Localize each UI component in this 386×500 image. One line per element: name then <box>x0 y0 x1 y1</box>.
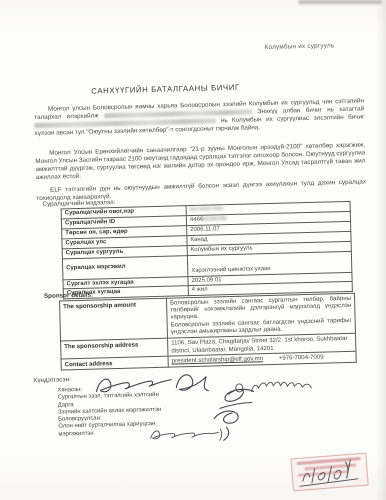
sponsor-table-caption: Sponsor details: <box>44 292 94 300</box>
stamp-text-line <box>304 463 356 470</box>
letterhead-org-name: Колумбын их сургууль <box>234 41 364 51</box>
contact-email: president.scholarship@elf.gov.mn <box>172 355 264 364</box>
scanned-document: Колумбын их сургууль САНХҮҮГИЙН БАТАЛГАА… <box>0 0 386 500</box>
paragraph-intro: Монгол улсын Боловсролын яамны харьяа Бо… <box>34 97 365 138</box>
stamp-text-line <box>298 470 349 477</box>
document-sheet: Колумбын их сургууль САНХҮҮГИЙН БАТАЛГАА… <box>0 0 386 500</box>
row-value: Боловсролын зээлийн сангаас сургалтын тө… <box>166 293 355 338</box>
sponsor-details-table: The sponsorship amount Боловсролын зээли… <box>59 293 357 370</box>
signature-block-titles: Хянасан: Сургалтын зээл, тэтгэлгийн хэлт… <box>57 384 208 439</box>
closing-respectfully: Хүндэтгэсэн: <box>33 376 71 384</box>
row-label: The sponsorship amount <box>60 298 168 341</box>
red-ink-stamp <box>290 453 368 492</box>
redacted-text <box>203 216 227 221</box>
contact-phone: +976-7004-7009 <box>279 354 324 362</box>
row-label: Contact address <box>61 356 168 370</box>
redacted-text <box>190 207 224 212</box>
signature-director-icon <box>213 389 254 440</box>
student-info-table: Суралцагчийн овог,нэр Суралцагчийн ID 44… <box>61 201 353 300</box>
handwritten-name-icon <box>236 381 312 392</box>
paragraph-program: Монгол Улсын Ерөнхийлөгчийн санаачилгаар… <box>35 141 366 182</box>
document-title: САНХҮҮГИЙН БАТАЛГААНЫ БИЧИГ <box>35 81 295 97</box>
